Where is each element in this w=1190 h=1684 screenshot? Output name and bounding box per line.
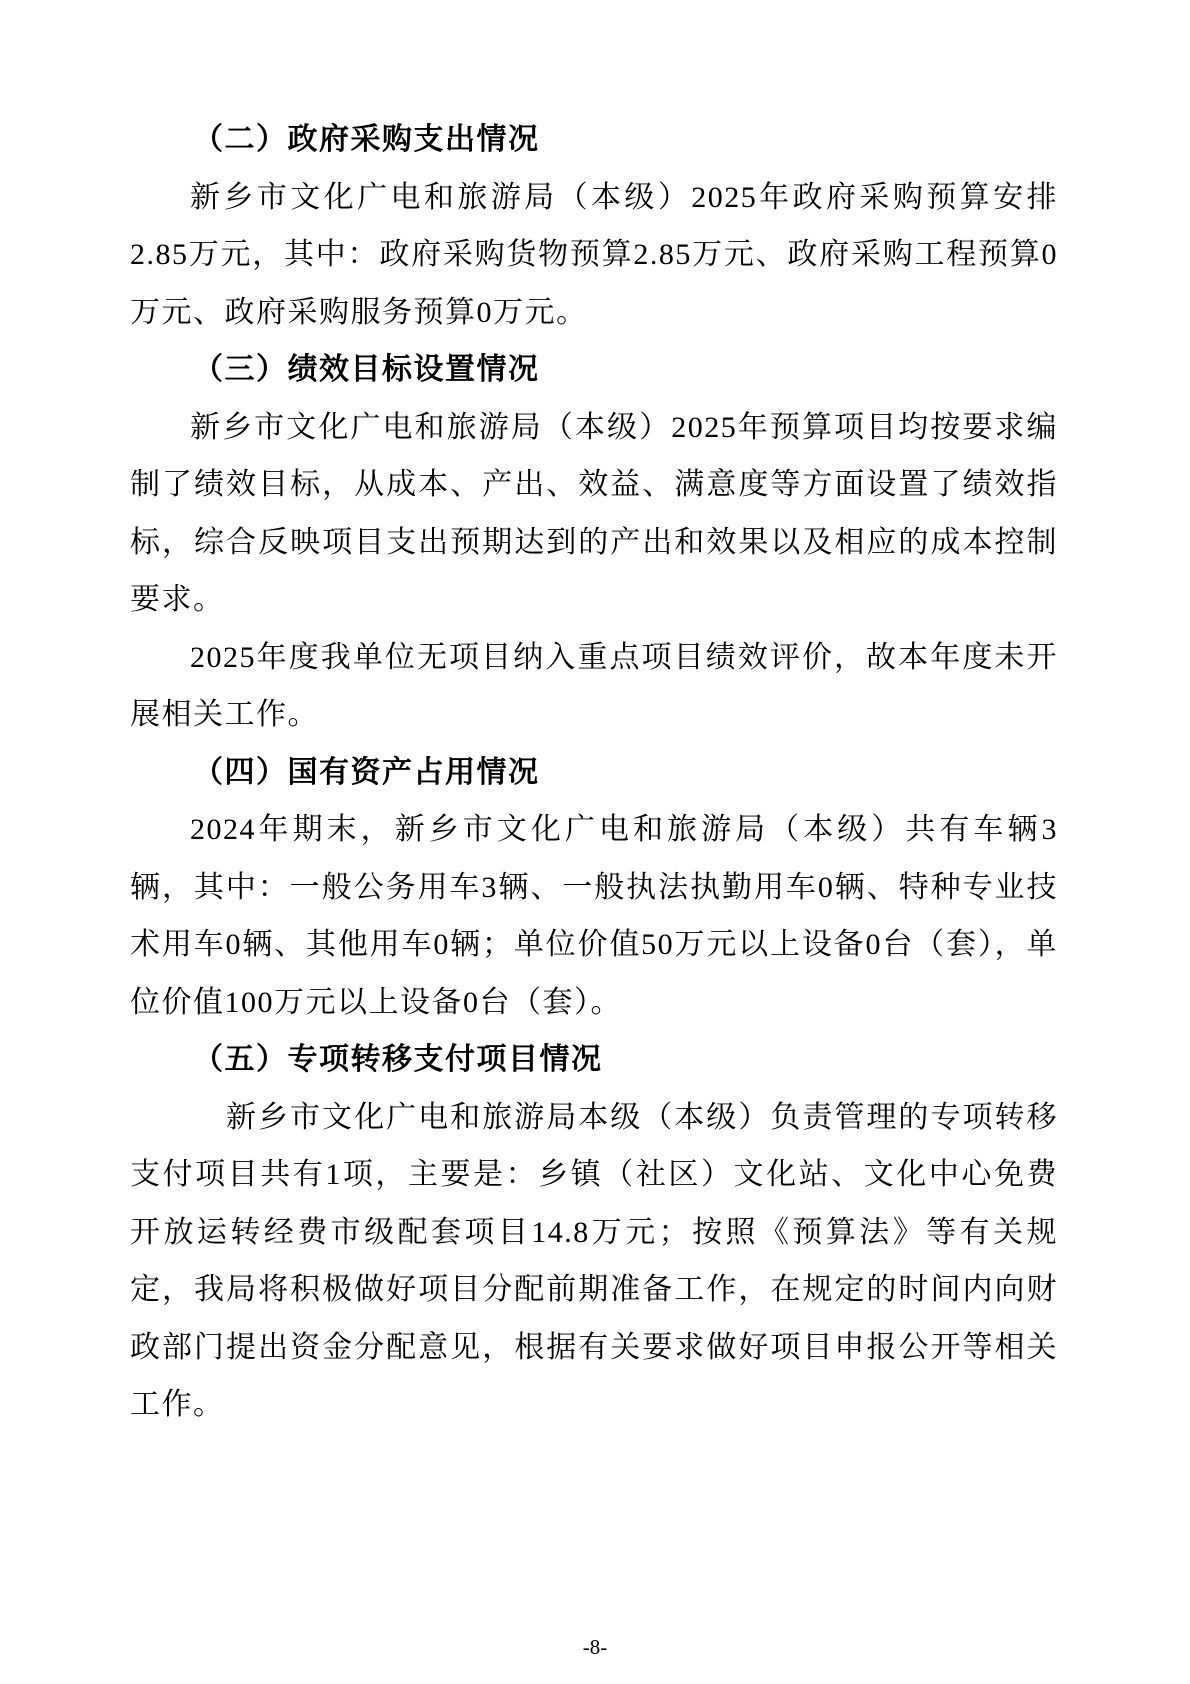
section-government-procurement: （二）政府采购支出情况 新乡市文化广电和旅游局（本级）2025年政府采购预算安排… <box>130 111 1058 341</box>
paragraph: 新乡市文化广电和旅游局（本级）2025年预算项目均按要求编制了绩效目标，从成本、… <box>130 399 1058 629</box>
section-heading-4: （四）国有资产占用情况 <box>130 744 1058 802</box>
paragraph: 新乡市文化广电和旅游局本级（本级）负责管理的专项转移支付项目共有1项，主要是：乡… <box>130 1089 1058 1434</box>
section-special-transfer-payments: （五）专项转移支付项目情况 新乡市文化广电和旅游局本级（本级）负责管理的专项转移… <box>130 1031 1058 1434</box>
paragraph: 新乡市文化广电和旅游局（本级）2025年政府采购预算安排2.85万元，其中：政府… <box>130 169 1058 342</box>
section-state-assets: （四）国有资产占用情况 2024年期末，新乡市文化广电和旅游局（本级）共有车辆3… <box>130 744 1058 1032</box>
section-heading-2: （二）政府采购支出情况 <box>130 111 1058 169</box>
section-performance-goals: （三）绩效目标设置情况 新乡市文化广电和旅游局（本级）2025年预算项目均按要求… <box>130 341 1058 744</box>
section-heading-3: （三）绩效目标设置情况 <box>130 341 1058 399</box>
paragraph: 2025年度我单位无项目纳入重点项目绩效评价，故本年度未开展相关工作。 <box>130 629 1058 744</box>
page-number: -8- <box>0 1634 1190 1660</box>
paragraph: 2024年期末，新乡市文化广电和旅游局（本级）共有车辆3辆，其中：一般公务用车3… <box>130 801 1058 1031</box>
section-heading-5: （五）专项转移支付项目情况 <box>130 1031 1058 1089</box>
document-page: （二）政府采购支出情况 新乡市文化广电和旅游局（本级）2025年政府采购预算安排… <box>0 0 1190 1684</box>
document-content: （二）政府采购支出情况 新乡市文化广电和旅游局（本级）2025年政府采购预算安排… <box>130 111 1058 1434</box>
